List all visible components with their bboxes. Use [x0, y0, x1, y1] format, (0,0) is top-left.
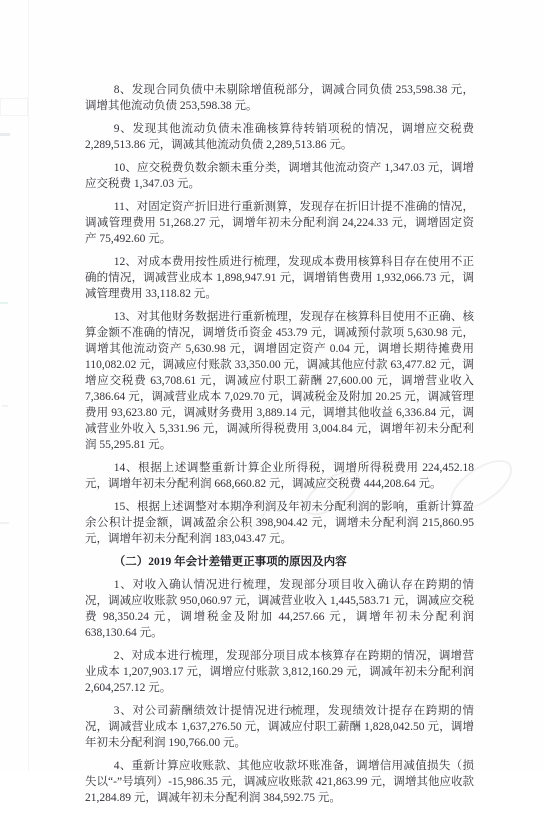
scan-speck — [0, 522, 9, 524]
paragraph-item-8: 8、发现合同负债中未剔除增值税部分，调减合同负债 253,598.38 元，调增… — [85, 82, 474, 114]
paragraph-item-12: 12、对成本费用按性质进行梳理，发现成本费用核算科目存在使用不正确的情况，调减营… — [85, 254, 474, 302]
scan-speck — [0, 133, 10, 136]
paragraph-item-4: 4、重新计算应收账款、其他应收款坏账准备，调增信用减值损失（损失以“-”号填列）… — [85, 758, 474, 771]
scan-speck — [0, 98, 28, 116]
paragraph-item-2: 2、对成本进行梳理，发现部分项目成本核算存在跨期的情况，调增营业成本 1,207… — [85, 648, 474, 696]
scan-edge-artifact — [28, 0, 29, 771]
page-number: 3 — [283, 706, 297, 717]
scan-speck — [0, 302, 8, 304]
paragraph-item-3: 3、对公司薪酬绩效计提情况进行梳理，发现绩效计提存在跨期的情况，调减营业成本 1… — [85, 703, 474, 751]
paragraph-item-15: 15、根据上述调整对本期净利润及年初未分配利润的影响，重新计算盈余公积计提金额，… — [85, 499, 474, 547]
paragraph-item-14: 14、根据上述调整重新计算企业所得税，调增所得税费用 224,452.18 元，… — [85, 460, 474, 492]
section-heading-2019-corrections: （二）2019 年会计差错更正事项的原因及内容 — [85, 554, 474, 570]
paragraph-item-1: 1、对收入确认情况进行梳理，发现部分项目收入确认存在跨期的情况，调减应收账款 9… — [85, 577, 474, 641]
document-content: 8、发现合同负债中未剔除增值税部分，调减合同负债 253,598.38 元，调增… — [85, 82, 474, 771]
scan-speck — [2, 405, 8, 407]
paragraph-item-10: 10、应交税费负数余额未重分类，调增其他流动资产 1,347.03 元，调增应交… — [85, 160, 474, 192]
paragraph-item-9: 9、发现其他流动负债未准确核算待转销项税的情况，调增应交税费 2,289,513… — [85, 121, 474, 153]
paragraph-item-11: 11、对固定资产折旧进行重新测算，发现存在折旧计提不准确的情况，调减管理费用 5… — [85, 199, 474, 247]
scanned-document-page: 8、发现合同负债中未剔除增值税部分，调减合同负债 253,598.38 元，调增… — [0, 0, 545, 771]
paragraph-item-13: 13、对其他财务数据进行重新梳理，发现存在核算科目使用不正确、核算金额不准确的情… — [85, 309, 474, 453]
section-2019-correction-reasons: 1、对收入确认情况进行梳理，发现部分项目收入确认存在跨期的情况，调减应收账款 9… — [85, 577, 474, 771]
section-correction-adjustments: 8、发现合同负债中未剔除增值税部分，调减合同负债 253,598.38 元，调增… — [85, 82, 474, 547]
